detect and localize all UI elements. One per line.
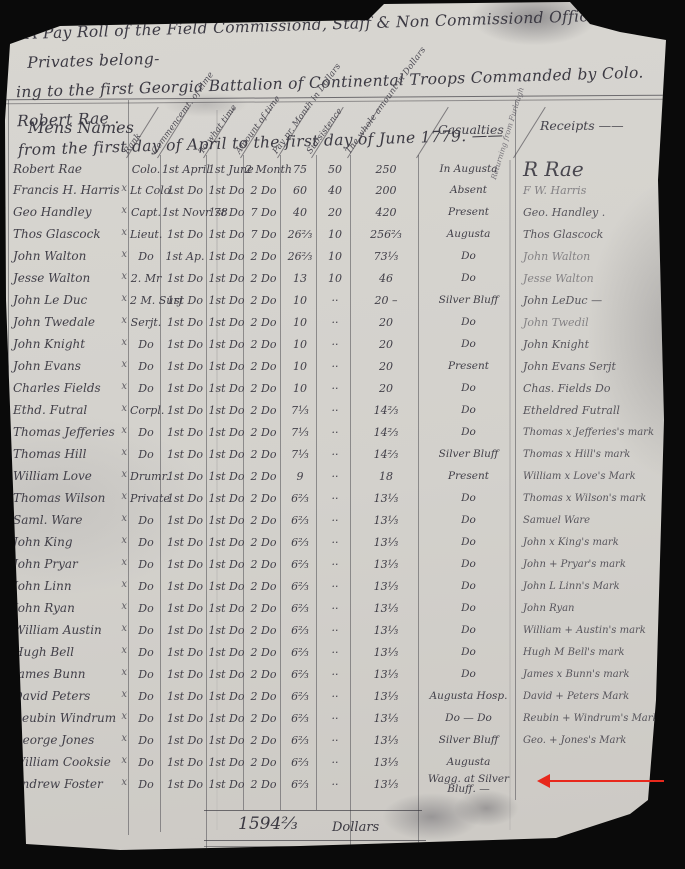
cell-mens-name: Thomas Wilsonx	[8, 491, 130, 505]
manuscript-paper: A Pay Roll of the Field Commissiond, Sta…	[0, 0, 685, 869]
cell-pay-per-month: 10	[282, 382, 318, 395]
cell-mens-name: Geo Handleyx	[8, 205, 130, 219]
table-row: David Petersx Do 1st Do 1st Do 2 Do 6⅔ ·…	[8, 685, 660, 707]
name-x-mark: x	[121, 447, 127, 461]
cell-rank: Do	[130, 536, 162, 549]
cell-casualties: Do	[420, 625, 517, 635]
cell-whole-amount: 13⅓	[352, 514, 420, 527]
cell-subsistence: ··	[318, 294, 352, 307]
cell-commencement: 1st Do	[162, 316, 208, 329]
cell-amount-of-time: 2 Do	[245, 316, 282, 329]
cell-to-what-time: 1st Do	[208, 514, 245, 527]
cell-commencement: 1st Do	[162, 294, 208, 307]
name-x-mark: x	[121, 667, 127, 681]
stray-ink-mark: 1-1	[612, 836, 625, 845]
cell-casualties: Do	[420, 427, 517, 437]
cell-whole-amount: 13⅓	[352, 668, 420, 681]
cell-casualties: Augusta	[420, 757, 517, 767]
cell-whole-amount: 256⅔	[352, 228, 420, 241]
cell-pay-per-month: 10	[282, 294, 318, 307]
name-x-mark: x	[121, 623, 127, 637]
cell-amount-of-time: 2 Do	[245, 426, 282, 439]
cell-whole-amount: 20	[352, 338, 420, 351]
cell-pay-per-month: 6⅔	[282, 602, 318, 615]
mens-name: Robert Rae	[13, 162, 82, 176]
cell-rank: Do	[130, 778, 162, 791]
name-x-mark: x	[121, 491, 127, 505]
cell-to-what-time: 1st Do	[208, 580, 245, 593]
cell-amount-of-time: 2 Do	[245, 602, 282, 615]
table-row: John Le Ducx 2 M. Surj 1st Do 1st Do 2 D…	[8, 289, 660, 311]
cell-casualties: Augusta Hosp.	[420, 691, 517, 701]
mens-name: Thomas Jefferies	[13, 425, 115, 439]
total-rule-top	[204, 810, 422, 811]
cell-pay-per-month: 6⅔	[282, 690, 318, 703]
name-x-mark: x	[121, 271, 127, 285]
cell-subsistence: ··	[318, 338, 352, 351]
mens-name: Jesse Walton	[13, 271, 90, 285]
cell-receipt-signature: Hugh M Bell's mark	[517, 647, 660, 658]
cell-rank: Do	[130, 338, 162, 351]
cell-commencement: 1st Do	[162, 580, 208, 593]
table-row: John Pryarx Do 1st Do 1st Do 2 Do 6⅔ ·· …	[8, 553, 660, 575]
table-row: John Linnx Do 1st Do 1st Do 2 Do 6⅔ ·· 1…	[8, 575, 660, 597]
paper-crease-2	[216, 110, 218, 830]
cell-rank: Corpl.	[130, 404, 162, 417]
cell-commencement: 1st Do	[162, 228, 208, 241]
table-rows: Robert Rae Colo. 1st April 1st June 2 Mo…	[8, 157, 660, 795]
cell-mens-name: William Cooksiex	[8, 755, 130, 769]
mens-name: William Love	[13, 469, 92, 483]
total-rule-bottom	[204, 840, 426, 841]
cell-to-what-time: 1st Do	[208, 734, 245, 747]
cell-subsistence: ··	[318, 580, 352, 593]
cell-subsistence: 10	[318, 228, 352, 241]
cell-to-what-time: 1st Do	[208, 602, 245, 615]
cell-pay-per-month: 60	[282, 184, 318, 197]
cell-mens-name: John Knightx	[8, 337, 130, 351]
cell-casualties: Do	[420, 317, 517, 327]
cell-amount-of-time: 2 Do	[245, 646, 282, 659]
mens-name: Hugh Bell	[13, 645, 74, 659]
mens-name: John Evans	[13, 359, 81, 373]
cell-rank: Do	[130, 712, 162, 725]
table-row: John Waltonx Do 1st Ap. 1st Do 2 Do 26⅔ …	[8, 245, 660, 267]
cell-to-what-time: 1st June	[208, 163, 245, 176]
cell-commencement: 1st Do	[162, 712, 208, 725]
cell-whole-amount: 73⅓	[352, 250, 420, 263]
cell-casualties: Absent	[420, 185, 517, 195]
cell-mens-name: Jesse Waltonx	[8, 271, 130, 285]
mens-name: John Le Duc	[13, 293, 87, 307]
cell-receipt-signature: Chas. Fields Do	[517, 382, 660, 395]
name-x-mark: x	[121, 601, 127, 615]
name-x-mark: x	[121, 469, 127, 483]
cell-rank: Do	[130, 602, 162, 615]
cell-rank: Do	[130, 382, 162, 395]
cell-commencement: 1st Do	[162, 184, 208, 197]
cell-subsistence: ··	[318, 712, 352, 725]
cell-whole-amount: 420	[352, 206, 420, 219]
cell-whole-amount: 13⅓	[352, 778, 420, 791]
cell-receipt-signature: John x King's mark	[517, 537, 660, 548]
cell-casualties: Silver Bluff	[420, 295, 517, 305]
cell-pay-per-month: 6⅔	[282, 514, 318, 527]
mens-name: Reubin Windrum	[13, 711, 116, 725]
cell-casualties: Do	[420, 405, 517, 415]
cell-to-what-time: 1st Do	[208, 426, 245, 439]
cell-to-what-time: 1st Do	[208, 338, 245, 351]
cell-casualties: Silver Bluff	[420, 449, 517, 459]
cell-pay-per-month: 40	[282, 206, 318, 219]
cell-to-what-time: 1st Do	[208, 778, 245, 791]
cell-mens-name: Charles Fieldsx	[8, 381, 130, 395]
cell-receipt-signature: Samuel Ware	[517, 515, 660, 526]
cell-pay-per-month: 6⅔	[282, 624, 318, 637]
mens-name: David Peters	[13, 689, 90, 703]
name-x-mark: x	[121, 359, 127, 373]
cell-pay-per-month: 6⅔	[282, 668, 318, 681]
column-header-receipts: Receipts ——	[540, 118, 624, 133]
cell-amount-of-time: 2 Do	[245, 492, 282, 505]
cell-whole-amount: 20	[352, 360, 420, 373]
cell-whole-amount: 46	[352, 272, 420, 285]
cell-casualties: Silver Bluff	[420, 735, 517, 745]
mens-name: John Linn	[13, 579, 72, 593]
cell-whole-amount: 20	[352, 382, 420, 395]
cell-casualties: Do	[420, 273, 517, 283]
cell-mens-name: John Linnx	[8, 579, 130, 593]
cell-commencement: 1st Do	[162, 734, 208, 747]
cell-casualties: Do	[420, 493, 517, 503]
cell-subsistence: ··	[318, 646, 352, 659]
cell-to-what-time: 1st Do	[208, 382, 245, 395]
name-x-mark: x	[121, 777, 127, 791]
cell-subsistence: ··	[318, 448, 352, 461]
cell-receipt-signature: R Rae	[517, 157, 660, 181]
cell-whole-amount: 13⅓	[352, 624, 420, 637]
cell-receipt-signature: Geo. + Jones's Mark	[517, 735, 660, 746]
mens-name: John Knight	[13, 337, 85, 351]
cell-to-what-time: 1st Do	[208, 690, 245, 703]
cell-subsistence: 10	[318, 272, 352, 285]
cell-to-what-time: 1st Do	[208, 492, 245, 505]
cell-casualties: Do	[420, 537, 517, 547]
cell-mens-name: Thomas Hillx	[8, 447, 130, 461]
cell-casualties: Wagg. at Silver Bluff. —	[420, 774, 517, 794]
cell-to-what-time: 1st Do	[208, 360, 245, 373]
table-row: Charles Fieldsx Do 1st Do 1st Do 2 Do 10…	[8, 377, 660, 399]
name-x-mark: x	[121, 425, 127, 439]
cell-receipt-signature: John Ryan	[517, 603, 660, 614]
cell-receipt-signature: F W. Harris	[517, 184, 660, 197]
cell-to-what-time: 1st Do	[208, 624, 245, 637]
total-unit: Dollars	[332, 820, 379, 835]
cell-subsistence: ··	[318, 426, 352, 439]
red-arrow-annotation-line	[548, 780, 664, 782]
cell-amount-of-time: 2 Do	[245, 448, 282, 461]
cell-receipt-signature: Etheldred Futrall	[517, 404, 660, 417]
mens-name: Charles Fields	[13, 381, 101, 395]
cell-casualties: Present	[420, 207, 517, 217]
table-row: Thomas Wilsonx Private 1st Do 1st Do 2 D…	[8, 487, 660, 509]
cell-whole-amount: 13⅓	[352, 734, 420, 747]
total-amount: 1594⅔	[238, 814, 298, 834]
cell-receipt-signature: David + Peters Mark	[517, 691, 660, 702]
cell-whole-amount: 13⅓	[352, 580, 420, 593]
table-row: Thomas Hillx Do 1st Do 1st Do 2 Do 7⅓ ··…	[8, 443, 660, 465]
cell-to-what-time: 1st Do	[208, 316, 245, 329]
table-row: Ethd. Futralx Corpl. 1st Do 1st Do 2 Do …	[8, 399, 660, 421]
cell-amount-of-time: 2 Do	[245, 470, 282, 483]
cell-whole-amount: 13⅓	[352, 602, 420, 615]
cell-rank: 2 M. Surj	[130, 294, 162, 307]
cell-commencement: 1st Do	[162, 602, 208, 615]
table-row: Hugh Bellx Do 1st Do 1st Do 2 Do 6⅔ ·· 1…	[8, 641, 660, 663]
cell-receipt-signature: Thomas x Wilson's mark	[517, 493, 660, 504]
cell-rank: Do	[130, 360, 162, 373]
cell-pay-per-month: 6⅔	[282, 492, 318, 505]
cell-pay-per-month: 6⅔	[282, 756, 318, 769]
cell-amount-of-time: 2 Do	[245, 624, 282, 637]
cell-whole-amount: 13⅓	[352, 712, 420, 725]
cell-pay-per-month: 6⅔	[282, 558, 318, 571]
cell-casualties: Do — Do	[420, 713, 517, 723]
cell-amount-of-time: 2 Do	[245, 580, 282, 593]
cell-rank: Do	[130, 756, 162, 769]
cell-casualties: Do	[420, 383, 517, 393]
name-x-mark: x	[121, 733, 127, 747]
cell-subsistence: ··	[318, 536, 352, 549]
cell-pay-per-month: 7⅓	[282, 426, 318, 439]
cell-commencement: 1st April	[162, 163, 208, 176]
cell-mens-name: John Evansx	[8, 359, 130, 373]
cell-rank: Colo.	[130, 163, 162, 176]
mens-name: George Jones	[13, 733, 94, 747]
cell-pay-per-month: 26⅔	[282, 228, 318, 241]
cell-whole-amount: 20	[352, 316, 420, 329]
cell-to-what-time: 1st Do	[208, 470, 245, 483]
name-x-mark: x	[121, 337, 127, 351]
cell-rank: Lt Colo.	[130, 184, 162, 197]
cell-rank: Do	[130, 734, 162, 747]
mens-name: Ethd. Futral	[13, 403, 87, 417]
cell-to-what-time: 1st Do	[208, 404, 245, 417]
cell-mens-name: Robert Rae	[8, 162, 130, 176]
cell-rank: Do	[130, 448, 162, 461]
cell-amount-of-time: 2 Do	[245, 558, 282, 571]
cell-amount-of-time: 2 Do	[245, 338, 282, 351]
cell-whole-amount: 13⅓	[352, 690, 420, 703]
cell-subsistence: ··	[318, 382, 352, 395]
cell-mens-name: Francis H. Harrisx	[8, 183, 130, 197]
cell-mens-name: Thos Glascockx	[8, 227, 130, 241]
cell-commencement: 1st Do	[162, 778, 208, 791]
cell-mens-name: John Kingx	[8, 535, 130, 549]
cell-mens-name: Andrew Fosterx	[8, 777, 130, 791]
cell-receipt-signature: Thos Glascock	[517, 228, 660, 241]
page-title: A Pay Roll of the Field Commissiond, Sta…	[14, 0, 670, 165]
table-row: Thos Glascockx Lieut. 1st Do 1st Do 7 Do…	[8, 223, 660, 245]
cell-casualties: Do	[420, 581, 517, 591]
cell-commencement: 1st Novr 78	[162, 206, 208, 219]
cell-subsistence: 20	[318, 206, 352, 219]
cell-subsistence: ··	[318, 514, 352, 527]
cell-subsistence: ··	[318, 492, 352, 505]
cell-subsistence: ··	[318, 778, 352, 791]
cell-commencement: 1st Ap.	[162, 250, 208, 263]
name-x-mark: x	[121, 205, 127, 219]
cell-pay-per-month: 6⅔	[282, 734, 318, 747]
name-x-mark: x	[121, 403, 127, 417]
cell-amount-of-time: 2 Month	[245, 163, 282, 176]
cell-casualties: Do	[420, 603, 517, 613]
cell-to-what-time: 1st Do	[208, 228, 245, 241]
cell-amount-of-time: 2 Do	[245, 272, 282, 285]
cell-casualties: Do	[420, 669, 517, 679]
cell-rank: Do	[130, 580, 162, 593]
cell-casualties: Do	[420, 251, 517, 261]
cell-pay-per-month: 9	[282, 470, 318, 483]
name-x-mark: x	[121, 579, 127, 593]
cell-subsistence: 10	[318, 250, 352, 263]
cell-rank: 2. Mr	[130, 272, 162, 285]
cell-receipt-signature: James x Bunn's mark	[517, 669, 660, 680]
cell-whole-amount: 13⅓	[352, 536, 420, 549]
name-x-mark: x	[121, 755, 127, 769]
cell-rank: Do	[130, 668, 162, 681]
table-row: Geo Handleyx Capt. 1st Novr 78 1st Do 7 …	[8, 201, 660, 223]
mens-name: Thomas Hill	[13, 447, 86, 461]
cell-mens-name: David Petersx	[8, 689, 130, 703]
cell-casualties: Do	[420, 647, 517, 657]
red-arrow-annotation-head	[537, 774, 550, 788]
cell-whole-amount: 250	[352, 163, 420, 176]
cell-subsistence: ··	[318, 470, 352, 483]
column-header-mens-names: Mens Names	[28, 118, 134, 137]
cell-rank: Capt.	[130, 206, 162, 219]
cell-rank: Do	[130, 250, 162, 263]
cell-whole-amount: 18	[352, 470, 420, 483]
cell-pay-per-month: 7⅓	[282, 404, 318, 417]
name-x-mark: x	[121, 535, 127, 549]
cell-subsistence: ··	[318, 756, 352, 769]
mens-name: John Ryan	[13, 601, 75, 615]
cell-commencement: 1st Do	[162, 624, 208, 637]
cell-mens-name: John Waltonx	[8, 249, 130, 263]
mens-name: Francis H. Harris	[13, 183, 120, 197]
cell-amount-of-time: 2 Do	[245, 294, 282, 307]
paper-crease	[509, 160, 511, 830]
cell-casualties: Do	[420, 559, 517, 569]
cell-to-what-time: 1st Do	[208, 184, 245, 197]
cell-whole-amount: 13⅓	[352, 756, 420, 769]
name-x-mark: x	[121, 227, 127, 241]
mens-name: William Cooksie	[13, 755, 111, 769]
cell-receipt-signature: John Knight	[517, 338, 660, 351]
mens-name: James Bunn	[13, 667, 85, 681]
cell-amount-of-time: 2 Do	[245, 712, 282, 725]
table-row: John Twedalex Serjt. 1st Do 1st Do 2 Do …	[8, 311, 660, 333]
mens-name: John Walton	[13, 249, 86, 263]
cell-amount-of-time: 7 Do	[245, 206, 282, 219]
cell-receipt-signature: William x Love's Mark	[517, 471, 660, 482]
cell-mens-name: John Ryanx	[8, 601, 130, 615]
cell-pay-per-month: 6⅔	[282, 778, 318, 791]
mens-name: Thomas Wilson	[13, 491, 105, 505]
cell-mens-name: John Le Ducx	[8, 293, 130, 307]
cell-amount-of-time: 2 Do	[245, 514, 282, 527]
cell-to-what-time: 1st Do	[208, 712, 245, 725]
cell-mens-name: John Pryarx	[8, 557, 130, 571]
cell-subsistence: 40	[318, 184, 352, 197]
cell-casualties: Do	[420, 515, 517, 525]
cell-whole-amount: 13⅓	[352, 558, 420, 571]
cell-pay-per-month: 6⅔	[282, 580, 318, 593]
cell-amount-of-time: 2 Do	[245, 382, 282, 395]
cell-subsistence: ··	[318, 316, 352, 329]
cell-commencement: 1st Do	[162, 492, 208, 505]
name-x-mark: x	[121, 293, 127, 307]
cell-rank: Do	[130, 690, 162, 703]
table-row: William Cooksiex Do 1st Do 1st Do 2 Do 6…	[8, 751, 660, 773]
cell-amount-of-time: 2 Do	[245, 250, 282, 263]
name-x-mark: x	[121, 183, 127, 197]
cell-amount-of-time: 7 Do	[245, 228, 282, 241]
name-x-mark: x	[121, 689, 127, 703]
cell-pay-per-month: 10	[282, 316, 318, 329]
cell-mens-name: William Lovex	[8, 469, 130, 483]
cell-whole-amount: 14⅔	[352, 404, 420, 417]
cell-subsistence: ··	[318, 734, 352, 747]
cell-pay-per-month: 6⅔	[282, 646, 318, 659]
table-row: George Jonesx Do 1st Do 1st Do 2 Do 6⅔ ·…	[8, 729, 660, 751]
cell-subsistence: ··	[318, 668, 352, 681]
cell-subsistence: ··	[318, 404, 352, 417]
table-row: John Evansx Do 1st Do 1st Do 2 Do 10 ·· …	[8, 355, 660, 377]
cell-commencement: 1st Do	[162, 382, 208, 395]
name-x-mark: x	[121, 513, 127, 527]
cell-mens-name: Reubin Windrumx	[8, 711, 130, 725]
cell-amount-of-time: 2 Do	[245, 668, 282, 681]
cell-to-what-time: 1st Do	[208, 558, 245, 571]
cell-commencement: 1st Do	[162, 756, 208, 769]
table-row: Andrew Fosterx Do 1st Do 1st Do 2 Do 6⅔ …	[8, 773, 660, 795]
table-row: James Bunnx Do 1st Do 1st Do 2 Do 6⅔ ·· …	[8, 663, 660, 685]
cell-pay-per-month: 75	[282, 163, 318, 176]
table-row: John Kingx Do 1st Do 1st Do 2 Do 6⅔ ·· 1…	[8, 531, 660, 553]
cell-receipt-signature: Thomas x Hill's mark	[517, 449, 660, 460]
name-x-mark: x	[121, 711, 127, 725]
cell-mens-name: Thomas Jefferiesx	[8, 425, 130, 439]
mens-name: John Twedale	[13, 315, 95, 329]
mens-name: Andrew Foster	[13, 777, 103, 791]
cell-to-what-time: 1st Do	[208, 272, 245, 285]
cell-receipt-signature: John LeDuc —	[517, 294, 660, 307]
cell-commencement: 1st Do	[162, 426, 208, 439]
cell-pay-per-month: 10	[282, 360, 318, 373]
cell-pay-per-month: 13	[282, 272, 318, 285]
cell-rank: Lieut.	[130, 228, 162, 241]
cell-to-what-time: 1st Do	[208, 206, 245, 219]
cell-casualties: In Augusta	[420, 164, 517, 174]
scanned-document-page: A Pay Roll of the Field Commissiond, Sta…	[0, 0, 685, 869]
name-x-mark: x	[121, 645, 127, 659]
cell-receipt-signature: John Twedil	[517, 316, 660, 329]
cell-commencement: 1st Do	[162, 690, 208, 703]
cell-to-what-time: 1st Do	[208, 294, 245, 307]
cell-whole-amount: 20 –	[352, 294, 420, 307]
